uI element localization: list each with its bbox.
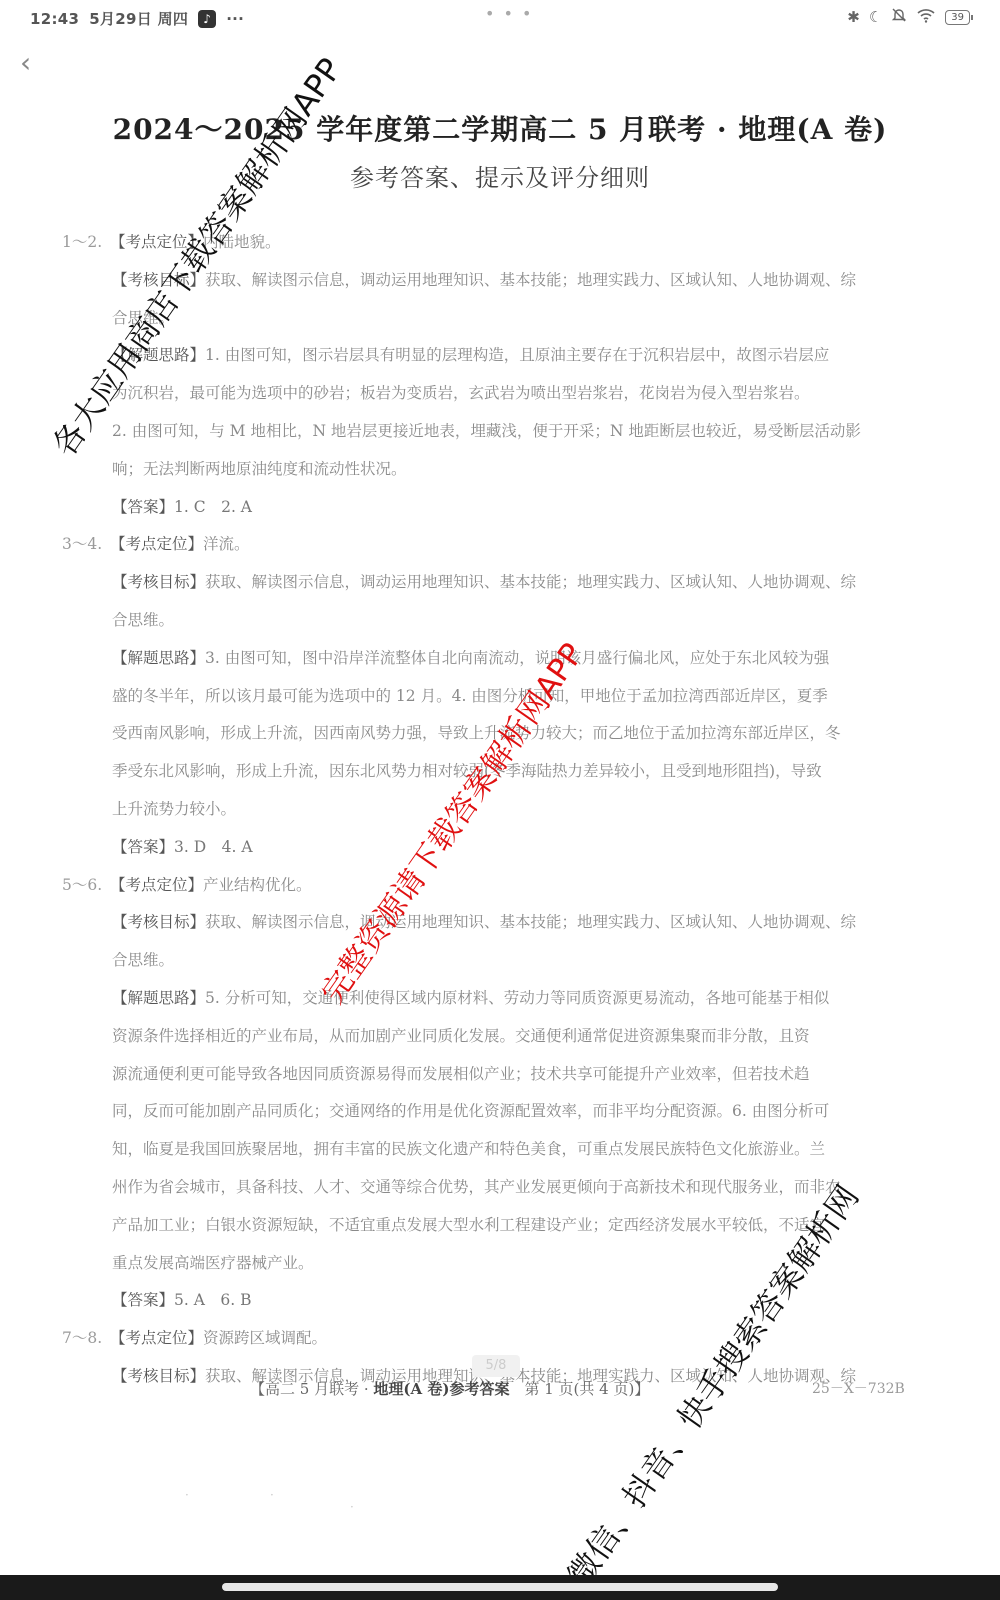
question-range: 5～6. <box>62 867 110 905</box>
back-button[interactable]: ‹ <box>20 46 31 79</box>
idea-line: 2. 由图可知，与 M 地相比，N 地岩层更接近地表，埋藏浅，便于开采；N 地距… <box>62 413 922 451</box>
idea-tag: 【解题思路】 <box>112 989 205 1007</box>
document-subtitle: 参考答案、提示及评分细则 <box>0 158 1000 193</box>
page-footer: 【高二 5 月联考 · 地理(A 卷)参考答案 第 1 页(共 4 页)】 <box>250 1378 649 1399</box>
idea-line: 资源条件选择相近的产业布局，从而加剧产业同质化发展。交通便利通常促进资源集聚而非… <box>62 1018 922 1056</box>
status-bar: 12:43 5月29日 周四 ♪ ··· • • • ✱ ☾ 39 <box>0 0 1000 36</box>
question-range: 7～8. <box>62 1320 110 1358</box>
footer-bold: 地理(A 卷)参考答案 <box>373 1380 509 1398</box>
multitask-dots[interactable]: • • • <box>485 4 533 23</box>
idea-line: 为沉积岩，最可能为选项中的砂岩；板岩为变质岩，玄武岩为喷出型岩浆岩，花岗岩为侵入… <box>62 375 922 413</box>
answer-tag: 【答案】 <box>112 1291 174 1309</box>
goal-line: 【考核目标】获取、解读图示信息，调动运用地理知识、基本技能；地理实践力、区域认知… <box>62 904 922 942</box>
answer-line: 【答案】1. C 2. A <box>62 489 922 527</box>
answer-line: 【答案】3. D 4. A <box>62 829 922 867</box>
goal-tag: 【考核目标】 <box>112 1367 205 1385</box>
page-indicator: 5/8 <box>472 1355 520 1377</box>
idea-line: 州作为省会城市，具备科技、人才、交通等综合优势，其产业发展更倾向于高新技术和现代… <box>62 1169 922 1207</box>
point-text: 洋流。 <box>203 535 250 553</box>
point-text: 资源跨区域调配。 <box>203 1329 327 1347</box>
point-tag: 【考点定位】 <box>110 876 203 894</box>
goal-line-2: 合思维。 <box>62 300 922 338</box>
document-body: 1～2.【考点定位】内陆地貌。 【考核目标】获取、解读图示信息，调动运用地理知识… <box>62 224 922 1396</box>
clock: 12:43 <box>30 10 79 28</box>
ghost-mark: · <box>270 1488 274 1502</box>
goal-text: 获取、解读图示信息，调动运用地理知识、基本技能；地理实践力、区域认知、人地协调观… <box>205 271 856 289</box>
footer-code: 25－X－732B <box>812 1378 905 1398</box>
answer-text: 1. C 2. A <box>174 498 252 516</box>
point-tag: 【考点定位】 <box>110 1329 203 1347</box>
answer-tag: 【答案】 <box>112 498 174 516</box>
more-notifications-icon: ··· <box>226 10 244 28</box>
ghost-mark: · <box>350 1500 354 1514</box>
footer-left: 【高二 5 月联考 · <box>250 1380 373 1398</box>
system-nav-bar <box>0 1575 1000 1600</box>
idea-text: 1. 由图可知，图示岩层具有明显的层理构造，且原油主要存在于沉积岩层中，故图示岩… <box>205 346 829 364</box>
home-indicator[interactable] <box>222 1583 778 1591</box>
idea-text: 5. 分析可知，交通便利使得区域内原材料、劳动力等同质资源更易流动，各地可能基于… <box>205 989 829 1007</box>
date: 5月29日 周四 <box>89 8 188 29</box>
idea-text: 3. 由图可知，图中沿岸洋流整体自北向南流动，说明该月盛行偏北风，应处于东北风较… <box>205 649 829 667</box>
idea-line: 源流通便利更可能导致各地因同质资源易得而发展相似产业；技术共享可能提升产业效率，… <box>62 1056 922 1094</box>
idea-line: 同，反而可能加剧产品同质化；交通网络的作用是优化资源配置效率，而非平均分配资源。… <box>62 1093 922 1131</box>
idea-line: 盛的冬半年，所以该月最可能为选项中的 12 月。4. 由图分析可知，甲地位于孟加… <box>62 678 922 716</box>
moon-icon: ☾ <box>869 8 882 26</box>
bluetooth-icon: ✱ <box>847 8 860 26</box>
section-header: 3～4.【考点定位】洋流。 <box>62 526 922 564</box>
goal-tag: 【考核目标】 <box>112 913 205 931</box>
document-title: 2024～2025 学年度第二学期高二 5 月联考 · 地理(A 卷) <box>0 108 1000 148</box>
goal-line-2: 合思维。 <box>62 602 922 640</box>
idea-line: 【解题思路】5. 分析可知，交通便利使得区域内原材料、劳动力等同质资源更易流动，… <box>62 980 922 1018</box>
section-header: 7～8.【考点定位】资源跨区域调配。 <box>62 1320 922 1358</box>
tiktok-icon: ♪ <box>198 10 216 28</box>
section-header: 5～6.【考点定位】产业结构优化。 <box>62 867 922 905</box>
goal-line-2: 合思维。 <box>62 942 922 980</box>
question-range: 1～2. <box>62 224 110 262</box>
footer-right: 第 1 页(共 4 页)】 <box>509 1380 649 1398</box>
wifi-icon <box>916 7 936 27</box>
answer-text: 5. A 6. B <box>174 1291 252 1309</box>
idea-line: 响；无法判断两地原油纯度和流动性状况。 <box>62 451 922 489</box>
idea-line: 【解题思路】3. 由图可知，图中沿岸洋流整体自北向南流动，说明该月盛行偏北风，应… <box>62 640 922 678</box>
ghost-mark: · <box>185 1488 189 1502</box>
question-range: 3～4. <box>62 526 110 564</box>
goal-text: 获取、解读图示信息，调动运用地理知识、基本技能；地理实践力、区域认知、人地协调观… <box>205 913 856 931</box>
idea-tag: 【解题思路】 <box>112 649 205 667</box>
idea-line: 【解题思路】1. 由图可知，图示岩层具有明显的层理构造，且原油主要存在于沉积岩层… <box>62 337 922 375</box>
goal-tag: 【考核目标】 <box>112 573 205 591</box>
point-tag: 【考点定位】 <box>110 535 203 553</box>
battery-icon: 39 <box>945 10 970 25</box>
bell-off-icon <box>891 7 907 27</box>
answer-tag: 【答案】 <box>112 838 174 856</box>
point-text: 产业结构优化。 <box>203 876 312 894</box>
goal-line: 【考核目标】获取、解读图示信息，调动运用地理知识、基本技能；地理实践力、区域认知… <box>62 564 922 602</box>
goal-text: 获取、解读图示信息，调动运用地理知识、基本技能；地理实践力、区域认知、人地协调观… <box>205 573 856 591</box>
answer-text: 3. D 4. A <box>174 838 253 856</box>
idea-line: 知，临夏是我国回族聚居地，拥有丰富的民族文化遗产和特色美食，可重点发展民族特色文… <box>62 1131 922 1169</box>
